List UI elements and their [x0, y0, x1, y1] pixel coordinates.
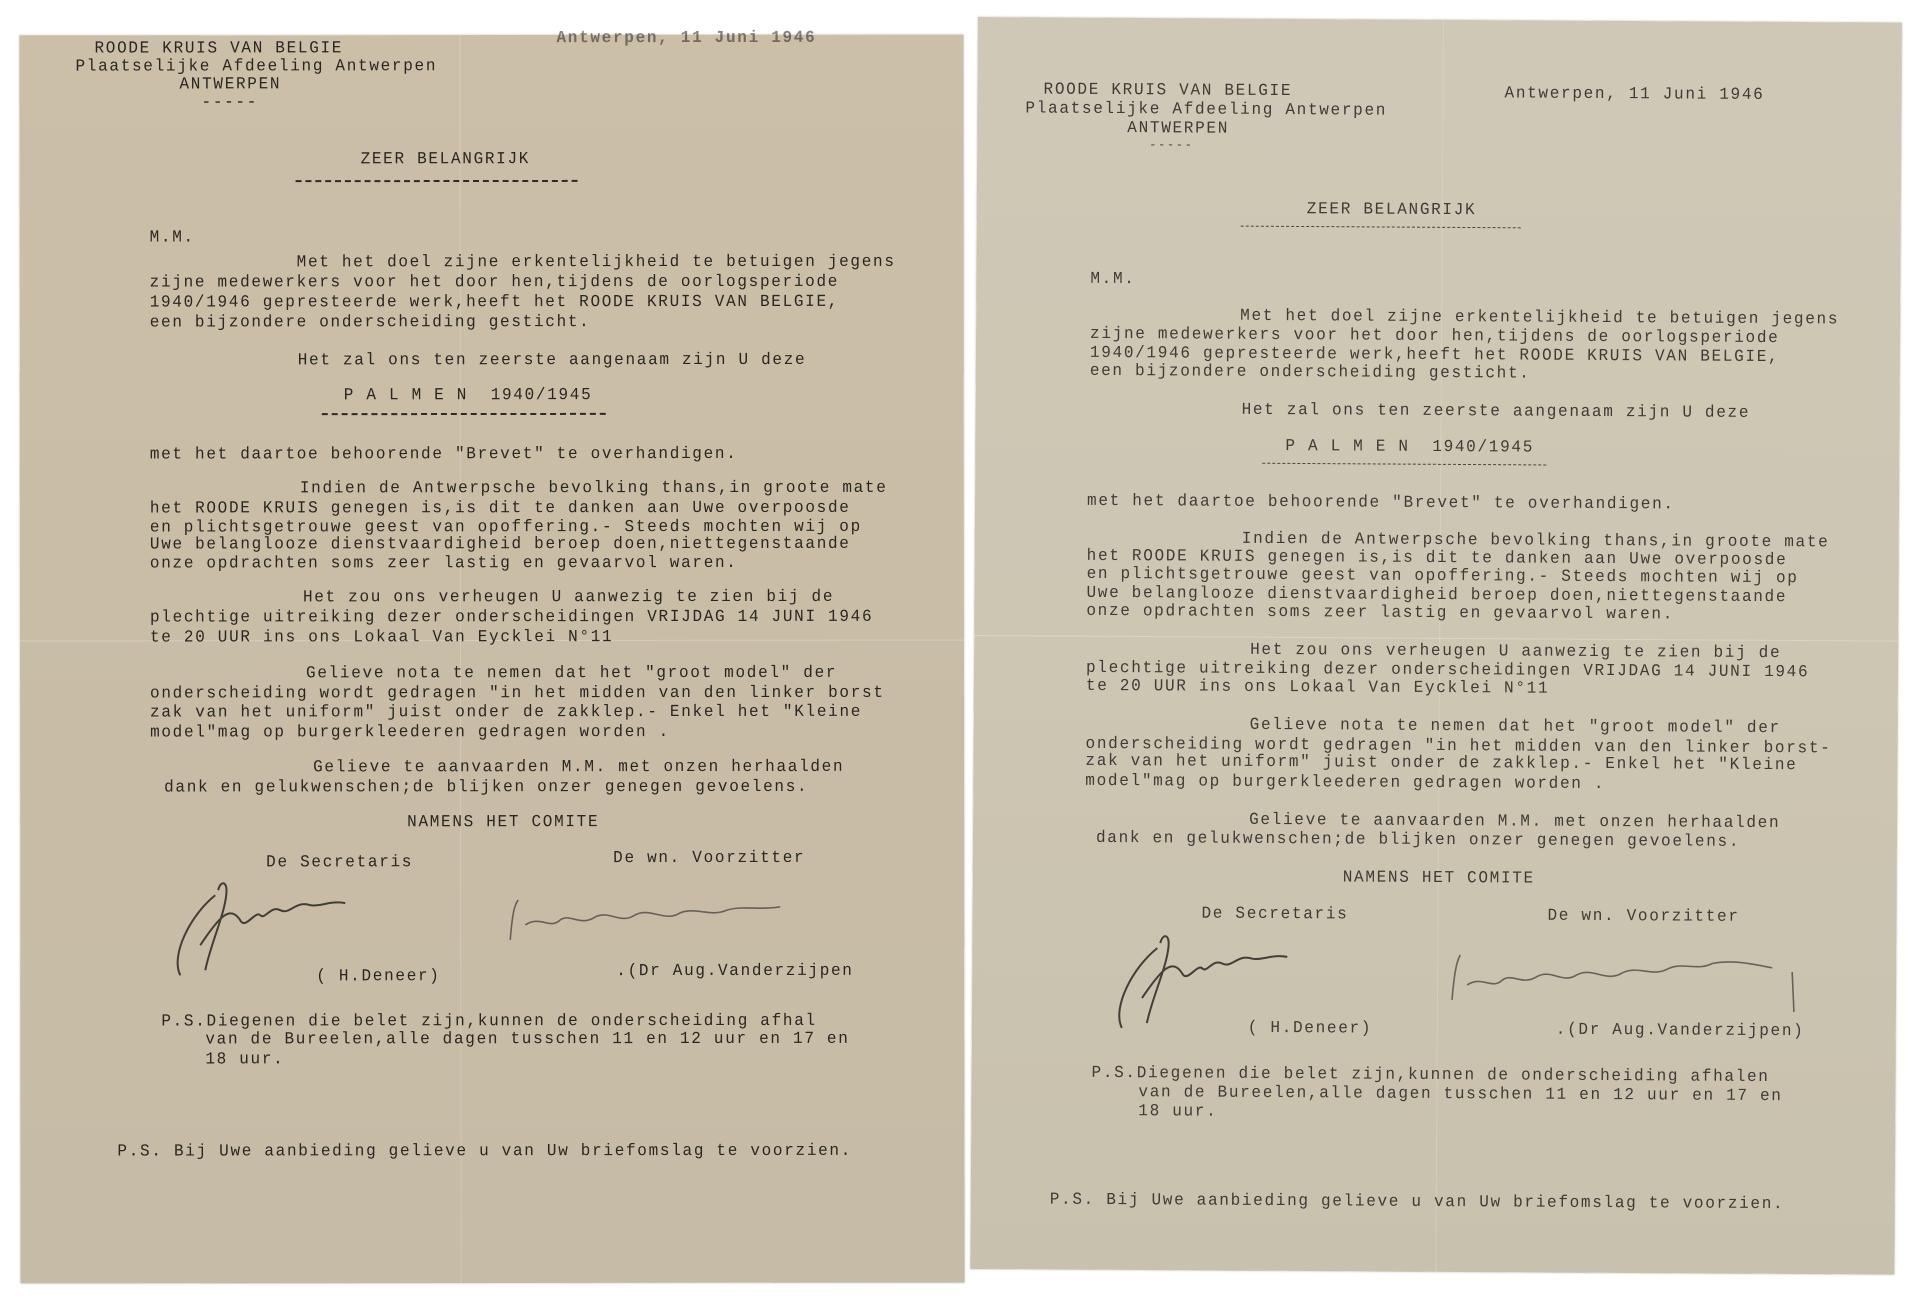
paragraph-line: plechtige uitreiking dezer onderscheidin… [150, 607, 873, 627]
award-underline [322, 413, 606, 415]
org-name: ROODE KRUIS VAN BELGIE [1044, 80, 1293, 100]
award-underline [1262, 463, 1546, 466]
committee-heading: NAMENS HET COMITE [1343, 868, 1535, 888]
org-city: ANTWERPEN [179, 75, 281, 94]
paragraph-line: met het daartoe behoorende "Brevet" te o… [1087, 491, 1675, 513]
chair-title: De wn. Voorzitter [1547, 906, 1739, 926]
org-separator: ----- [202, 93, 259, 112]
paragraph-line: Uwe belanglooze dienstvaardigheid beroep… [150, 534, 851, 554]
paragraph-line: model"mag op burgerkleederen gedragen wo… [1085, 771, 1605, 793]
postscript-envelope: P.S. Bij Uwe aanbieding gelieve u van Uw… [117, 1141, 852, 1161]
secretary-title: De Secretaris [1201, 904, 1348, 924]
postscript-line: 18 uur. [1138, 1102, 1217, 1121]
paragraph-line: zak van het uniform" juist onder de zakk… [150, 702, 862, 722]
org-separator: ----- [1149, 136, 1194, 155]
paragraph-line: dank en gelukwenschen;de blijken onzer g… [1096, 828, 1740, 851]
paragraph-line: een bijzondere onderscheiding gesticht. [1090, 361, 1531, 383]
salutation: M.M. [1090, 269, 1135, 288]
secretary-name: ( H.Deneer) [316, 967, 440, 986]
paragraph-line: Gelieve nota te nemen dat het "groot mod… [306, 663, 837, 682]
org-branch: Plaatselijke Afdeeling Antwerpen [75, 57, 437, 76]
signature-chair [1442, 940, 1822, 1022]
letter-right: ROODE KRUIS VAN BELGIE Plaatselijke Afde… [970, 17, 1902, 1275]
org-name: ROODE KRUIS VAN BELGIE [94, 39, 343, 58]
secretary-name: ( H.Deneer) [1248, 1018, 1372, 1038]
postscript-line: van de Bureelen,alle dagen tusschen 11 e… [205, 1029, 849, 1048]
letter-title: ZEER BELANGRIJK [1307, 200, 1477, 220]
signature-chair [500, 885, 830, 955]
paragraph-line: Het zal ons ten zeerste aangenaam zijn U… [298, 350, 807, 369]
paragraph-line: dank en gelukwenschen;de blijken onzer g… [164, 777, 808, 796]
paragraph-line: model"mag op burgerkleederen gedragen wo… [150, 722, 670, 741]
letter-date: Antwerpen, 11 Juni 1946 [1504, 84, 1764, 104]
paragraph-line: Met het doel zijne erkentelijkheid te be… [297, 252, 896, 271]
paragraph-line: met het daartoe behoorende "Brevet" te o… [150, 444, 738, 463]
paragraph-line: Indien de Antwerpsche bevolking thans,in… [300, 478, 888, 497]
paragraph-line: 1940/1946 gepresteerde werk,heeft het RO… [150, 292, 839, 312]
postscript-envelope: P.S. Bij Uwe aanbieding gelieve u van Uw… [1050, 1190, 1785, 1213]
letter-date: Antwerpen, 11 Juni 1946 [556, 28, 816, 47]
paragraph-line: onze opdrachten soms zeer lastig en geva… [150, 553, 738, 572]
paragraph-line: te 20 UUR ins ons Lokaal Van Eycklei N°1… [150, 627, 613, 646]
letter-title: ZEER BELANGRIJK [361, 150, 531, 169]
paragraph-line: het ROODE KRUIS genegen is,is dit te dan… [150, 498, 851, 518]
paragraph-line: Gelieve te aanvaarden M.M. met onzen her… [313, 757, 844, 776]
salutation: M.M. [150, 228, 195, 247]
committee-heading: NAMENS HET COMITE [407, 812, 599, 831]
org-branch: Plaatselijke Afdeeling Antwerpen [1025, 99, 1387, 120]
postscript-line: 18 uur. [205, 1050, 284, 1069]
award-name: P A L M E N 1940/1945 [344, 385, 593, 404]
title-underline [296, 180, 578, 182]
title-underline [1241, 226, 1521, 229]
fold-crease [459, 35, 461, 1283]
chair-name: .(Dr Aug.Vanderzijpen [616, 961, 853, 980]
paragraph-line: Het zal ons ten zeerste aangenaam zijn U… [1242, 400, 1751, 422]
postscript-line: van de Bureelen,alle dagen tusschen 11 e… [1138, 1083, 1782, 1106]
chair-name: .(Dr Aug.Vanderzijpen) [1556, 1020, 1805, 1040]
award-name: P A L M E N 1940/1945 [1285, 436, 1534, 456]
paragraph-line: onderscheiding wordt gedragen "in het mi… [150, 683, 885, 703]
secretary-title: De Secretaris [266, 853, 413, 872]
paragraph-line: Het zou ons verheugen U aanwezig te zien… [303, 587, 834, 606]
paragraph-line: Gelieve nota te nemen dat het "groot mod… [1250, 715, 1781, 737]
chair-title: De wn. Voorzitter [613, 848, 805, 867]
paragraph-line: een bijzondere onderscheiding gesticht. [150, 312, 591, 331]
paragraph-line: onze opdrachten soms zeer lastig en geva… [1086, 601, 1674, 623]
postscript-line: P.S.Diegenen die belet zijn,kunnen de on… [161, 1011, 817, 1030]
letter-left: ROODE KRUIS VAN BELGIE Plaatselijke Afde… [19, 35, 964, 1284]
paragraph-line: zijne medewerkers voor het door hen,tijd… [150, 272, 839, 292]
paragraph-line: te 20 UUR ins ons Lokaal Van Eycklei N°1… [1086, 676, 1549, 698]
